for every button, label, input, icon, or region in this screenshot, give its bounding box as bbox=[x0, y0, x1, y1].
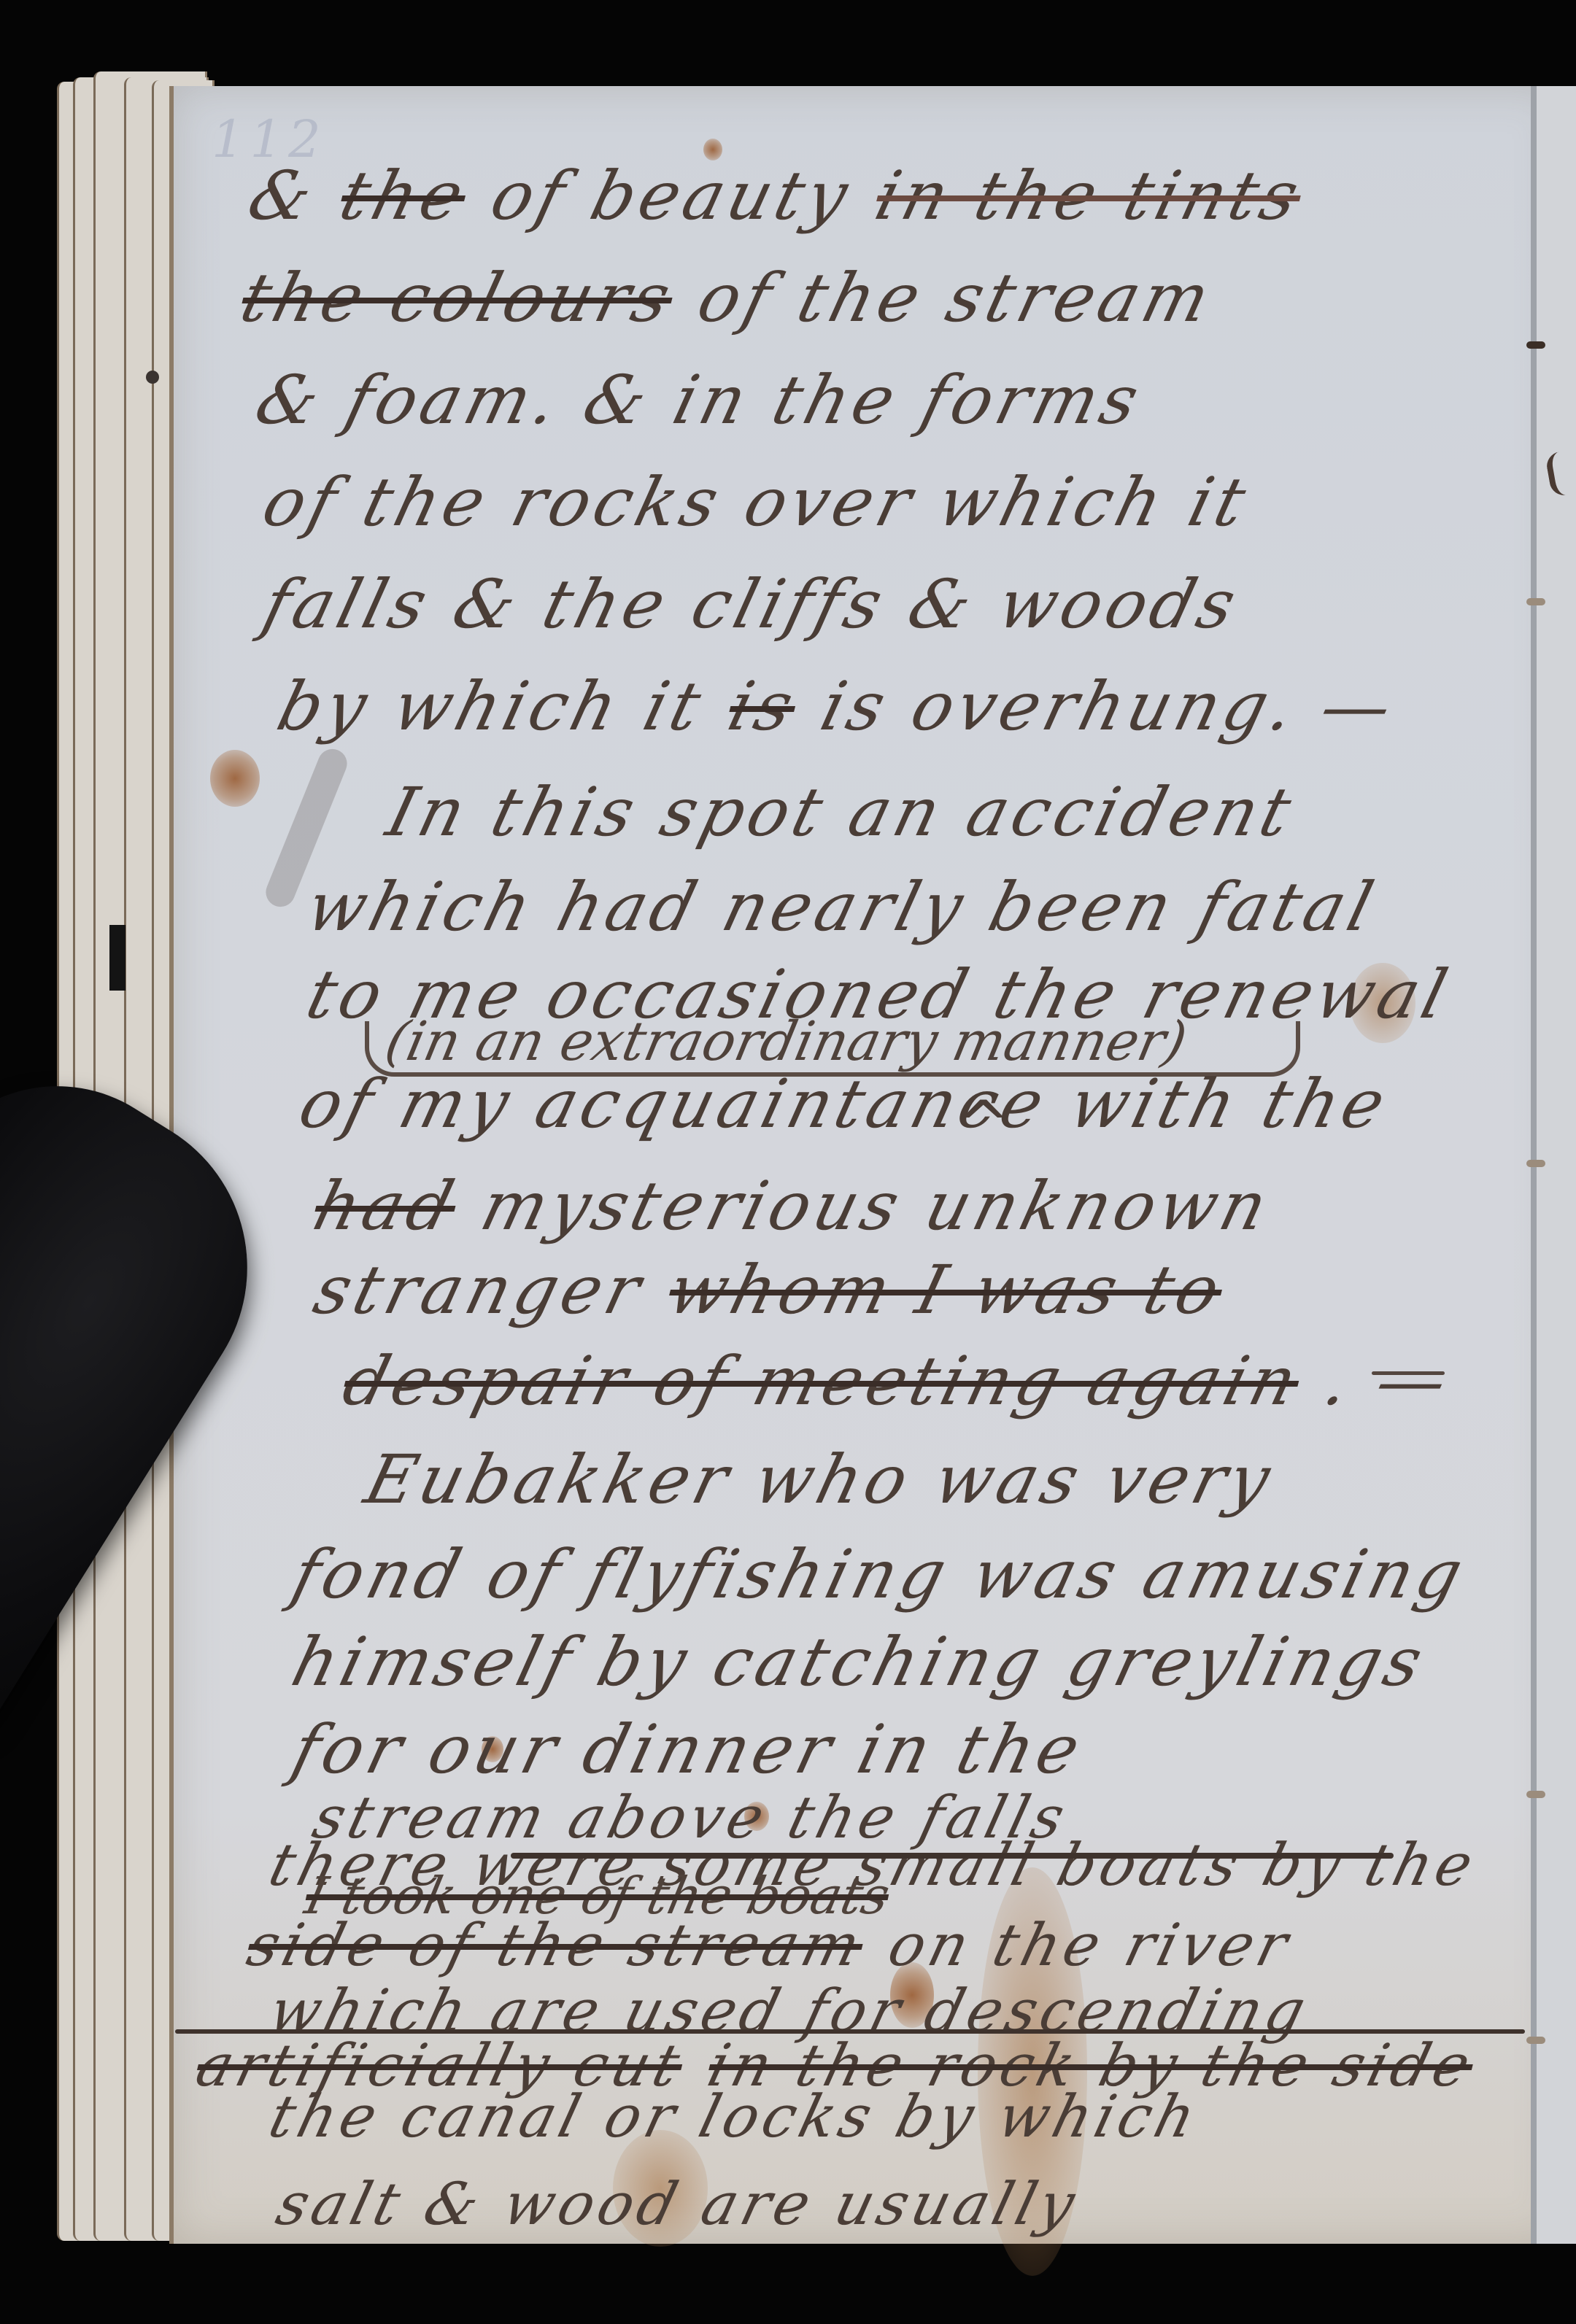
manuscript-line-8: which had nearly been fatal bbox=[299, 868, 1413, 946]
manuscript-line-2: the colours of the stream bbox=[233, 259, 1249, 337]
manuscript-line-11: had mysterious unknown bbox=[306, 1167, 1307, 1245]
binding-stitch bbox=[1526, 2037, 1545, 2044]
long-strike-through bbox=[175, 2029, 1525, 2034]
manuscript-line-12: stranger whom I was to bbox=[306, 1251, 1259, 1329]
manuscript-line-16: himself by catching greylings bbox=[285, 1623, 1462, 1701]
stack-tab-mark bbox=[109, 925, 125, 991]
manuscript-line-13: despair of meeting again. — bbox=[336, 1342, 1487, 1420]
manuscript-line-6: by which it is is overhung. — bbox=[270, 667, 1432, 745]
manuscript-line-23: the canal or locks by which bbox=[263, 2083, 1234, 2150]
manuscript-line-17: for our dinner in the bbox=[285, 1711, 1119, 1789]
stack-dot bbox=[146, 371, 159, 384]
foxing-stain bbox=[210, 750, 260, 807]
manuscript-line-7: In this spot an accident bbox=[379, 773, 1331, 851]
manuscript-line-3: & foam. & in the forms bbox=[248, 361, 1178, 439]
binding-stitch bbox=[1526, 341, 1545, 349]
manuscript-line-24: salt & wood are usually bbox=[270, 2170, 1113, 2238]
manuscript-line-4: of the rocks over which it bbox=[255, 463, 1285, 541]
manuscript-line-20: side of the stream on the river bbox=[241, 1911, 1326, 1979]
binding-stitch bbox=[1526, 1791, 1545, 1798]
binding-stitch bbox=[1526, 598, 1545, 605]
manuscript-line-10: of my acquaintance with the bbox=[292, 1065, 1424, 1143]
line-end-dash bbox=[1372, 1371, 1445, 1375]
insertion-caret: ^ bbox=[956, 1087, 1011, 1163]
manuscript-line-14: Eubakker who was very bbox=[358, 1441, 1310, 1519]
manuscript-line-15: fond of flyfishing was amusing bbox=[285, 1535, 1502, 1614]
manuscript-line-1: & the of beauty in the tints bbox=[241, 157, 1338, 235]
binding-stitch bbox=[1526, 1160, 1545, 1167]
strike-through bbox=[511, 1853, 1394, 1859]
manuscript-line-5: falls & the cliffs & woods bbox=[255, 565, 1275, 643]
